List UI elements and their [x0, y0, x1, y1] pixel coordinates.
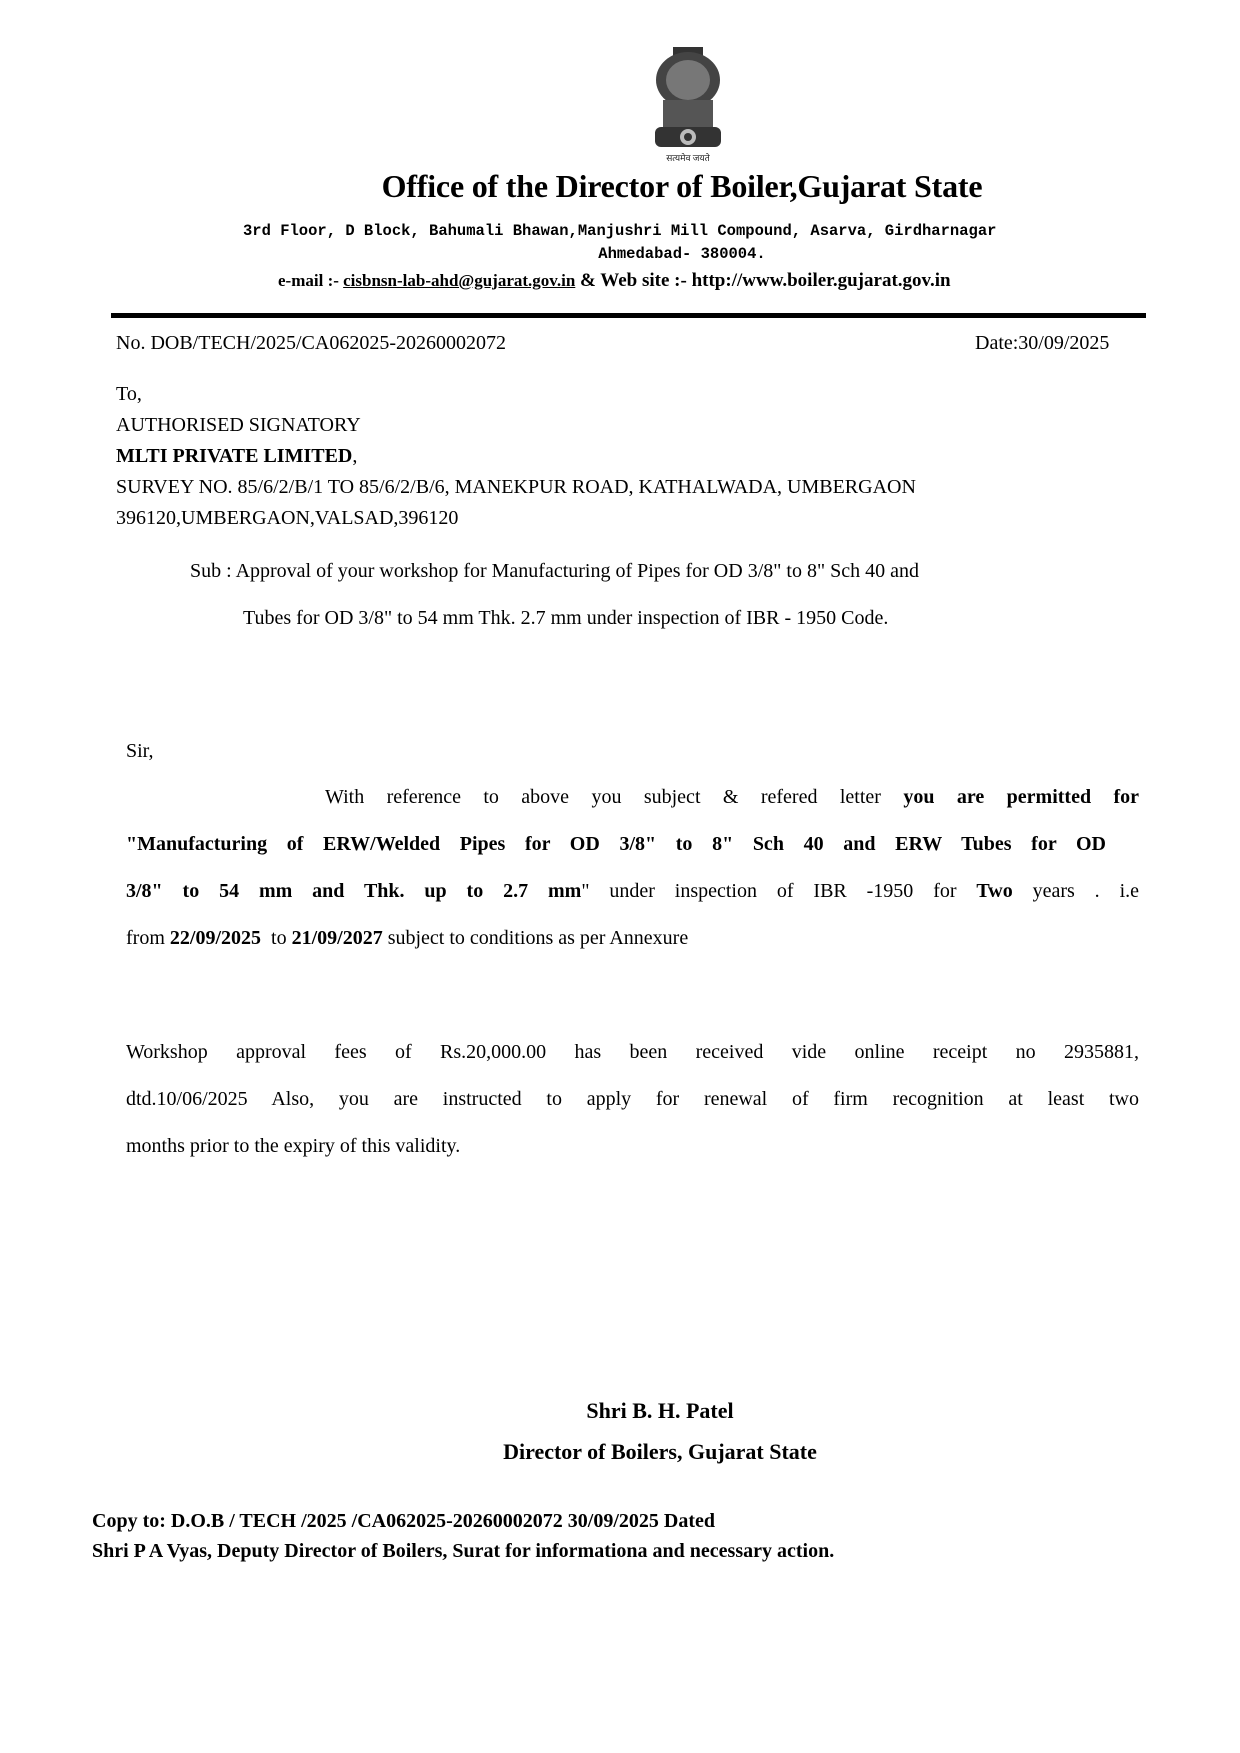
body-text-bold: you are permitted for	[903, 786, 1139, 808]
contact-line: e-mail :- cisbnsn-lab-ahd@gujarat.gov.in…	[278, 270, 951, 292]
recipient-address-line1: SURVEY NO. 85/6/2/B/1 TO 85/6/2/B/6, MAN…	[116, 476, 916, 499]
website-link[interactable]: http://www.boiler.gujarat.gov.in	[692, 270, 951, 291]
recipient-company-line: MLTI PRIVATE LIMITED,	[116, 445, 357, 468]
recipient-company-suffix: ,	[352, 445, 357, 467]
office-address-line2: Ahmedabad- 380004.	[0, 245, 1240, 263]
greeting: Sir,	[126, 740, 154, 763]
valid-from-date: 22/09/2025	[170, 927, 261, 949]
salutation-to: To,	[116, 383, 142, 406]
recipient-designation: AUTHORISED SIGNATORY	[116, 414, 361, 437]
email-label: e-mail :-	[278, 271, 343, 290]
email-link[interactable]: cisbnsn-lab-ahd@gujarat.gov.in	[343, 271, 575, 290]
body-text: subject to conditions as per Annexure	[383, 927, 689, 949]
signatory-name: Shri B. H. Patel	[470, 1398, 850, 1424]
body-para2-line3: months prior to the expiry of this valid…	[126, 1135, 1139, 1158]
office-address-line1: 3rd Floor, D Block, Bahumali Bhawan,Manj…	[243, 222, 996, 240]
body-para1-line4: from 22/09/2025 to 21/09/2027 subject to…	[126, 927, 688, 950]
subject-line2: Tubes for OD 3/8" to 54 mm Thk. 2.7 mm u…	[243, 607, 888, 630]
recipient-address-line2: 396120,UMBERGAON,VALSAD,396120	[116, 507, 458, 530]
svg-text:सत्यमेव जयते: सत्यमेव जयते	[666, 152, 710, 163]
reference-number: No. DOB/TECH/2025/CA062025-20260002072	[116, 332, 506, 355]
website-label: & Web site :-	[575, 270, 691, 291]
ashoka-emblem-icon: सत्यमेव जयते	[643, 45, 733, 165]
body-para1-line3: 3/8" to 54 mm and Thk. up to 2.7 mm" und…	[126, 880, 1139, 903]
body-para2-line2: dtd.10/06/2025 Also, you are instructed …	[126, 1088, 1139, 1111]
subject-line1: Sub : Approval of your workshop for Manu…	[190, 560, 919, 583]
office-title: Office of the Director of Boiler,Gujarat…	[0, 168, 1240, 205]
body-text: years . i.e	[1013, 880, 1139, 902]
body-para1-line2: "Manufacturing of ERW/Welded Pipes for O…	[126, 833, 1106, 856]
header-divider	[111, 313, 1146, 318]
signatory-title: Director of Boilers, Gujarat State	[420, 1439, 900, 1465]
body-para2-line1: Workshop approval fees of Rs.20,000.00 h…	[126, 1041, 1139, 1064]
recipient-company: MLTI PRIVATE LIMITED	[116, 445, 352, 467]
copy-to-line2: Shri P A Vyas, Deputy Director of Boiler…	[92, 1540, 834, 1563]
body-text: " under inspection of IBR -1950 for	[581, 880, 976, 902]
body-text: from	[126, 927, 170, 949]
body-para1-line1: With reference to above you subject & re…	[325, 786, 1139, 809]
body-text-bold: 3/8" to 54 mm and Thk. up to 2.7 mm	[126, 880, 581, 902]
copy-to-line1: Copy to: D.O.B / TECH /2025 /CA062025-20…	[92, 1510, 715, 1533]
body-text: With reference to above you subject & re…	[325, 786, 903, 808]
valid-to-date: 21/09/2027	[292, 927, 383, 949]
letter-date: Date:30/09/2025	[975, 332, 1109, 355]
validity-period: Two	[976, 880, 1012, 902]
body-text: to	[261, 927, 292, 949]
